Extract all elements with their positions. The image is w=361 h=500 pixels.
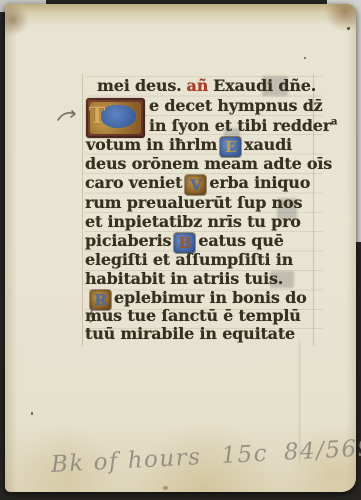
psalm-text: eatus quē [198, 231, 283, 250]
pencil-note-number: 84/569 [283, 435, 361, 466]
psalm-text: e decet hympnus dz̄ [149, 96, 323, 115]
pencil-note-title: Bk of hours [50, 444, 202, 478]
psalm-text: eplebimur in bonis do [114, 288, 307, 307]
text-line-13: mus tue ſanctū ē templū [85, 306, 301, 325]
psalm-ending-text: mei deus. [97, 76, 182, 95]
psalm-text: piciaberis [85, 231, 171, 250]
text-line-1: mei deus.añExaudi dñe. [97, 76, 316, 95]
psalm-text: et inpietatibz nrīs tu pro [85, 212, 301, 231]
text-line-3: in ſyon et tibi reddera [149, 116, 337, 135]
text-line-2: e decet hympnus dz̄ [149, 96, 323, 115]
psalm-text: xaudi [244, 135, 292, 154]
psalm-text: elegiſti et aſſumpſiſti in [85, 250, 293, 269]
photo-background-right-edge [356, 12, 361, 242]
psalm-text: caro veniet [85, 173, 182, 192]
psalm-text: habitabit in atriis tuis. [85, 269, 283, 288]
psalm-text: rum preualuerūt ſup nos [85, 193, 302, 212]
text-line-5: deus orōnem meam adte oīs [85, 154, 332, 173]
rubric-antiphon-mark: añ [187, 76, 209, 95]
initial-blue-counter [101, 105, 136, 128]
initial-letter: T [89, 103, 105, 129]
psalm-text: mus tue ſanctū ē templū [85, 306, 301, 325]
text-line-8: et inpietatibz nrīs tu pro [85, 212, 301, 231]
pen-flourish-icon [57, 108, 85, 124]
stain-speck [31, 412, 33, 415]
text-line-11: habitabit in atriis tuis. [85, 269, 283, 288]
illuminated-initial-T: T [86, 98, 145, 138]
stain-speck [304, 57, 306, 59]
psalm-text: deus orōnem meam adte oīs [85, 154, 332, 173]
pencil-inscription: Bk of hours15c84/569 [50, 435, 361, 478]
psalm-text: in ſyon et tibi redder [149, 116, 331, 135]
initial-letter: V [190, 176, 201, 194]
photo-frame: mei deus.añExaudi dñe. T e decet hympnus… [0, 0, 361, 500]
psalm-text: votum in iħrlm [86, 135, 217, 154]
illuminated-initial-V: V [185, 175, 206, 195]
stain-speck [347, 27, 350, 30]
text-line-7: rum preualuerūt ſup nos [85, 193, 302, 212]
text-line-10: elegiſti et aſſumpſiſti in [85, 250, 293, 269]
pencil-note-century: 15c [221, 441, 269, 469]
manuscript-leaf: mei deus.añExaudi dñe. T e decet hympnus… [5, 4, 356, 492]
psalm-text: tuū mirabile in equitate [85, 324, 295, 343]
psalm-text: erba iniquo [209, 173, 310, 192]
stain-speck [163, 486, 168, 490]
superscript-correction: a [331, 117, 337, 128]
text-line-14: tuū mirabile in equitate [85, 324, 295, 343]
antiphon-text: Exaudi dñe. [213, 76, 316, 95]
